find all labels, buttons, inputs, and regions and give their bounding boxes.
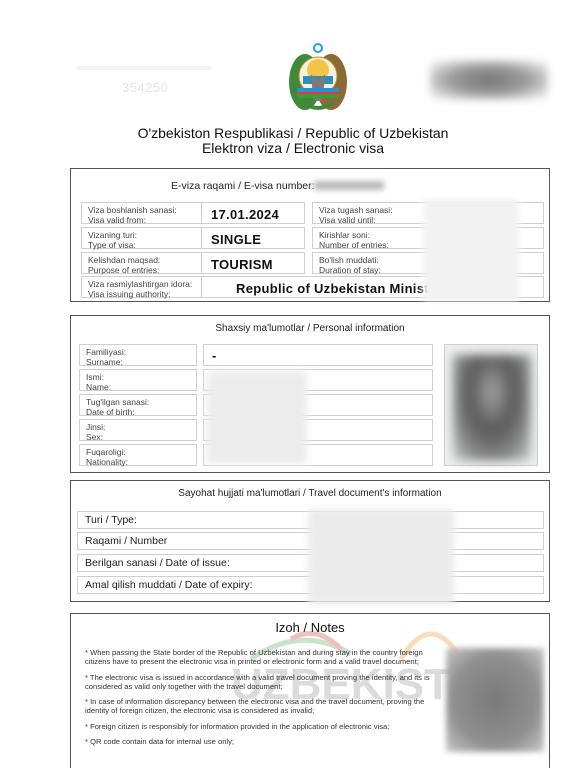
label-uz: Familiyasi: (86, 347, 126, 357)
purpose-value: TOURISM (201, 252, 305, 274)
label-uz: Jinsi: (86, 422, 105, 432)
visa-details-panel: E-viza raqami / E-visa number: Viza bosh… (70, 168, 550, 302)
label-en: Purpose of entries: (88, 265, 159, 275)
label-en: Visa valid from: (88, 215, 146, 225)
label-en: Date of birth: (86, 407, 135, 417)
label-en: Sex: (86, 432, 103, 442)
label-uz: Kelishdan maqsad: (88, 255, 160, 265)
label-en: Visa issuing authority: (88, 289, 171, 299)
issuing-authority-label: Viza rasmiylashtirgan idora:Visa issuing… (81, 276, 209, 298)
redacted-personal-values (207, 371, 307, 464)
notes-panel: UZBEKISTAN Izoh / Notes * When passing t… (70, 613, 550, 768)
purpose-label: Kelishdan maqsad:Purpose of entries: (81, 252, 209, 274)
value-text: - (204, 345, 432, 363)
personal-info-title: Shaxsiy ma'lumotlar / Personal informati… (71, 323, 549, 334)
redacted-travel-values (308, 509, 454, 605)
name-label: Ismi:Name: (79, 369, 197, 391)
label-uz: Vizaning turi: (88, 230, 137, 240)
notes-list: * When passing the State border of the R… (85, 648, 430, 752)
applicant-photo (444, 344, 538, 466)
label-uz: Viza tugash sanasi: (319, 205, 393, 215)
note-item: * Foreign citizen is responsibly for inf… (85, 722, 430, 731)
visa-type-label: Vizaning turi:Type of visa: (81, 227, 209, 249)
redacted-qr-header (430, 60, 548, 100)
label-uz: Kirishlar soni: (319, 230, 370, 240)
notes-title: Izoh / Notes (71, 620, 549, 635)
note-item: * When passing the State border of the R… (85, 648, 430, 667)
qr-code-redacted (446, 648, 544, 752)
value-text: TOURISM (202, 253, 304, 272)
label-uz: Tug'ilgan sanasi: (86, 397, 149, 407)
label-en: Name: (86, 382, 111, 392)
label-uz: Bo'lish muddati: (319, 255, 379, 265)
state-emblem-icon (283, 40, 353, 116)
visa-valid-from-label: Viza boshlanish sanasi:Visa valid from: (81, 202, 209, 224)
travel-document-panel: Sayohat hujjati ma'lumotlari / Travel do… (70, 480, 550, 602)
label-uz: Viza boshlanish sanasi: (88, 205, 177, 215)
sex-label: Jinsi:Sex: (79, 419, 197, 441)
label-uz: Ismi: (86, 372, 104, 382)
document-title-country: O'zbekiston Respublikasi / Republic of U… (0, 125, 586, 141)
label-uz: Viza rasmiylashtirgan idora: (88, 279, 192, 289)
surname-value: - (203, 344, 433, 366)
evisa-number-label: E-viza raqami / E-visa number: (171, 180, 315, 192)
label-en: Type of visa: (88, 240, 136, 250)
label-en: Nationality: (86, 457, 128, 467)
note-item: * In case of information discrepancy bet… (85, 697, 430, 716)
value-text: 17.01.2024 (202, 203, 304, 222)
redacted-visa-right-values (423, 199, 519, 301)
faded-barcode-line (76, 66, 212, 70)
travel-document-title: Sayohat hujjati ma'lumotlari / Travel do… (71, 488, 549, 499)
label-en: Visa valid until: (319, 215, 376, 225)
note-item: * QR code contain data for internal use … (85, 737, 430, 746)
value-text: SINGLE (202, 228, 304, 247)
label-en: Duration of stay: (319, 265, 381, 275)
label-en: Surname: (86, 357, 123, 367)
visa-type-value: SINGLE (201, 227, 305, 249)
label-en: Number of entries: (319, 240, 389, 250)
note-item: * The electronic visa is issued in accor… (85, 673, 430, 692)
document-title-visa: Elektron viza / Electronic visa (0, 140, 586, 156)
visa-valid-from-value: 17.01.2024 (201, 202, 305, 224)
document-serial-number: 354250 (122, 80, 168, 95)
date-of-birth-label: Tug'ilgan sanasi:Date of birth: (79, 394, 197, 416)
surname-label: Familiyasi:Surname: (79, 344, 197, 366)
photo-redacted (453, 355, 531, 461)
evisa-number-redacted (314, 181, 384, 190)
label-uz: Fuqaroligi: (86, 447, 126, 457)
personal-info-panel: Shaxsiy ma'lumotlar / Personal informati… (70, 315, 550, 473)
nationality-label: Fuqaroligi:Nationality: (79, 444, 197, 466)
